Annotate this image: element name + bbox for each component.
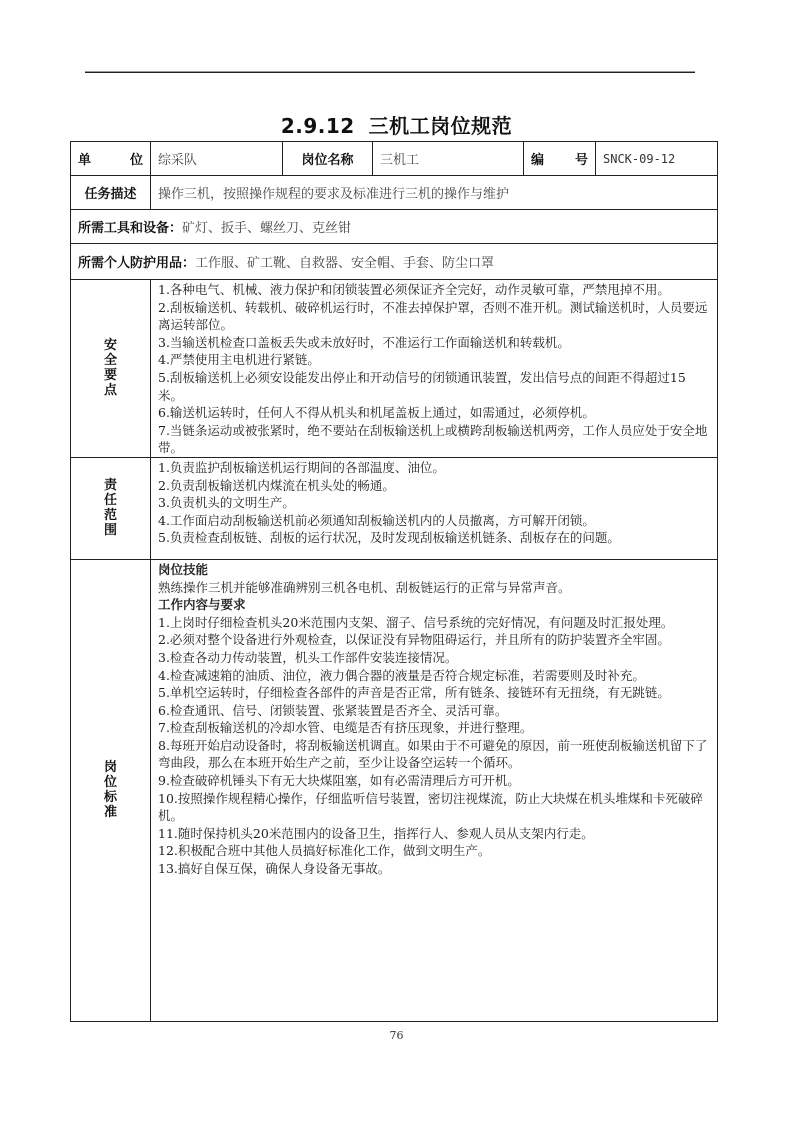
list-item: 4.严禁使用主电机进行紧链。 xyxy=(158,351,710,369)
list-item: 1.负责监护刮板输送机运行期间的各部温度、油位。 xyxy=(158,459,710,477)
ppe-label: 所需个人防护用品： xyxy=(78,256,195,271)
code-label: 编号 xyxy=(524,142,596,176)
tools-label: 所需工具和设备： xyxy=(78,221,182,236)
label-char: 责 xyxy=(78,478,143,493)
task-value: 操作三机，按照操作规程的要求及标准进行三机的操作与维护 xyxy=(151,176,718,210)
list-item: 1.上岗时仔细检查机头20米范围内支架、溜子、信号系统的完好情况，有问题及时汇报… xyxy=(158,614,710,632)
ppe-cell: 所需个人防护用品：工作服、矿工靴、自救器、安全帽、手套、防尘口罩 xyxy=(71,244,718,280)
label-char: 位 xyxy=(78,775,143,790)
tools-row: 所需工具和设备：矿灯、扳手、螺丝刀、克丝钳 xyxy=(71,210,718,244)
ppe-value: 工作服、矿工靴、自救器、安全帽、手套、防尘口罩 xyxy=(195,256,494,271)
header-rule xyxy=(85,71,695,73)
label-char: 范 xyxy=(78,508,143,523)
unit-value: 综采队 xyxy=(151,142,283,176)
position-label: 岗位名称 xyxy=(283,142,373,176)
responsibility-list: 1.负责监护刮板输送机运行期间的各部温度、油位。 2.负责刮板输送机内煤流在机头… xyxy=(151,457,718,559)
standard-label: 岗 位 标 准 xyxy=(71,559,151,1021)
tools-value: 矿灯、扳手、螺丝刀、克丝钳 xyxy=(182,221,351,236)
list-item: 6.输送机运转时，任何人不得从机头和机尾盖板上通过，如需通过，必须停机。 xyxy=(158,404,710,422)
list-item: 3.检查各动力传动装置，机头工作部件安装连接情况。 xyxy=(158,649,710,667)
work-heading: 工作内容与要求 xyxy=(158,596,710,614)
responsibility-row: 责 任 范 围 1.负责监护刮板输送机运行期间的各部温度、油位。 2.负责刮板输… xyxy=(71,457,718,559)
info-row: 单位 综采队 岗位名称 三机工 编号 SNCK-09-12 xyxy=(71,142,718,176)
list-item: 4.工作面启动刮板输送机前必须通知刮板输送机内的人员撤离，方可解开闭锁。 xyxy=(158,512,710,530)
list-item: 5.负责检查刮板链、刮板的运行状况，及时发现刮板输送机链条、刮板存在的问题。 xyxy=(158,529,710,547)
list-item: 12.积极配合班中其他人员搞好标准化工作，做到文明生产。 xyxy=(158,842,710,860)
page-number: 76 xyxy=(0,1029,793,1042)
safety-row: 安 全 要 点 1.各种电气、机械、液力保护和闭锁装置必须保证齐全完好，动作灵敏… xyxy=(71,280,718,458)
list-item: 7.检查刮板输送机的冷却水管、电缆是否有挤压现象，并进行整理。 xyxy=(158,719,710,737)
label-char: 点 xyxy=(78,383,143,398)
label-char: 全 xyxy=(78,353,143,368)
list-item: 5.刮板输送机上必须安设能发出停止和开动信号的闭锁通讯装置，发出信号点的间距不得… xyxy=(158,369,710,404)
label-char: 任 xyxy=(78,493,143,508)
list-item: 2.刮板输送机、转载机、破碎机运行时，不准去掉保护罩，否则不准开机。测试输送机时… xyxy=(158,299,710,334)
list-item: 6.检查通讯、信号、闭锁装置、张紧装置是否齐全、灵活可靠。 xyxy=(158,702,710,720)
list-item: 7.当链条运动或被张紧时，绝不要站在刮板输送机上或横跨刮板输送机两旁，工作人员应… xyxy=(158,422,710,457)
unit-label-char: 单 xyxy=(78,149,91,168)
section-number: 2.9.12 xyxy=(281,114,355,138)
list-item: 13.搞好自保互保，确保人身设备无事故。 xyxy=(158,860,710,878)
code-label-char: 编 xyxy=(531,149,544,168)
document-title: 2.9.12三机工岗位规范 xyxy=(0,112,793,140)
code-value: SNCK-09-12 xyxy=(596,142,718,176)
standard-list: 岗位技能 熟练操作三机并能够准确辨别三机各电机、刮板链运行的正常与异常声音。 工… xyxy=(151,559,718,1021)
unit-label: 单位 xyxy=(71,142,151,176)
list-item: 2.负责刮板输送机内煤流在机头处的畅通。 xyxy=(158,477,710,495)
safety-label: 安 全 要 点 xyxy=(71,280,151,458)
list-item: 3.当输送机检查口盖板丢失或未放好时，不准运行工作面输送机和转载机。 xyxy=(158,334,710,352)
task-row: 任务描述 操作三机，按照操作规程的要求及标准进行三机的操作与维护 xyxy=(71,176,718,210)
safety-list: 1.各种电气、机械、液力保护和闭锁装置必须保证齐全完好，动作灵敏可靠，严禁甩掉不… xyxy=(151,280,718,458)
label-char: 标 xyxy=(78,790,143,805)
unit-label-char: 位 xyxy=(130,149,143,168)
ppe-row: 所需个人防护用品：工作服、矿工靴、自救器、安全帽、手套、防尘口罩 xyxy=(71,244,718,280)
job-spec-table: 单位 综采队 岗位名称 三机工 编号 SNCK-09-12 任务描述 操作三机，… xyxy=(70,141,718,1022)
skills-text: 熟练操作三机并能够准确辨别三机各电机、刮板链运行的正常与异常声音。 xyxy=(158,579,710,597)
list-item: 4.检查减速箱的油质、油位，液力偶合器的液量是否符合规定标准，若需要则及时补充。 xyxy=(158,667,710,685)
list-item: 8.每班开始启动设备时，将刮板输送机调直。如果由于不可避免的原因，前一班使刮板输… xyxy=(158,737,710,772)
title-text: 三机工岗位规范 xyxy=(369,114,513,138)
label-char: 围 xyxy=(78,523,143,538)
list-item: 1.各种电气、机械、液力保护和闭锁装置必须保证齐全完好，动作灵敏可靠，严禁甩掉不… xyxy=(158,281,710,299)
list-item: 9.检查破碎机锤头下有无大块煤阻塞，如有必需清理后方可开机。 xyxy=(158,772,710,790)
code-label-char: 号 xyxy=(575,149,588,168)
label-char: 安 xyxy=(78,338,143,353)
label-char: 岗 xyxy=(78,760,143,775)
list-item: 11.随时保持机头20米范围内的设备卫生，指挥行人、参观人员从支架内行走。 xyxy=(158,825,710,843)
responsibility-label: 责 任 范 围 xyxy=(71,457,151,559)
list-item: 3.负责机头的文明生产。 xyxy=(158,494,710,512)
tools-cell: 所需工具和设备：矿灯、扳手、螺丝刀、克丝钳 xyxy=(71,210,718,244)
list-item: 2.必须对整个设备进行外观检查，以保证没有异物阻碍运行，并且所有的防护装置齐全牢… xyxy=(158,631,710,649)
list-item: 10.按照操作规程精心操作，仔细监听信号装置，密切注视煤流，防止大块煤在机头堆煤… xyxy=(158,790,710,825)
skills-heading: 岗位技能 xyxy=(158,561,710,579)
label-char: 准 xyxy=(78,805,143,820)
label-char: 要 xyxy=(78,368,143,383)
position-value: 三机工 xyxy=(373,142,524,176)
task-label: 任务描述 xyxy=(71,176,151,210)
standard-row: 岗 位 标 准 岗位技能 熟练操作三机并能够准确辨别三机各电机、刮板链运行的正常… xyxy=(71,559,718,1021)
list-item: 5.单机空运转时，仔细检查各部件的声音是否正常，所有链条、接链环有无扭绕，有无跳… xyxy=(158,684,710,702)
